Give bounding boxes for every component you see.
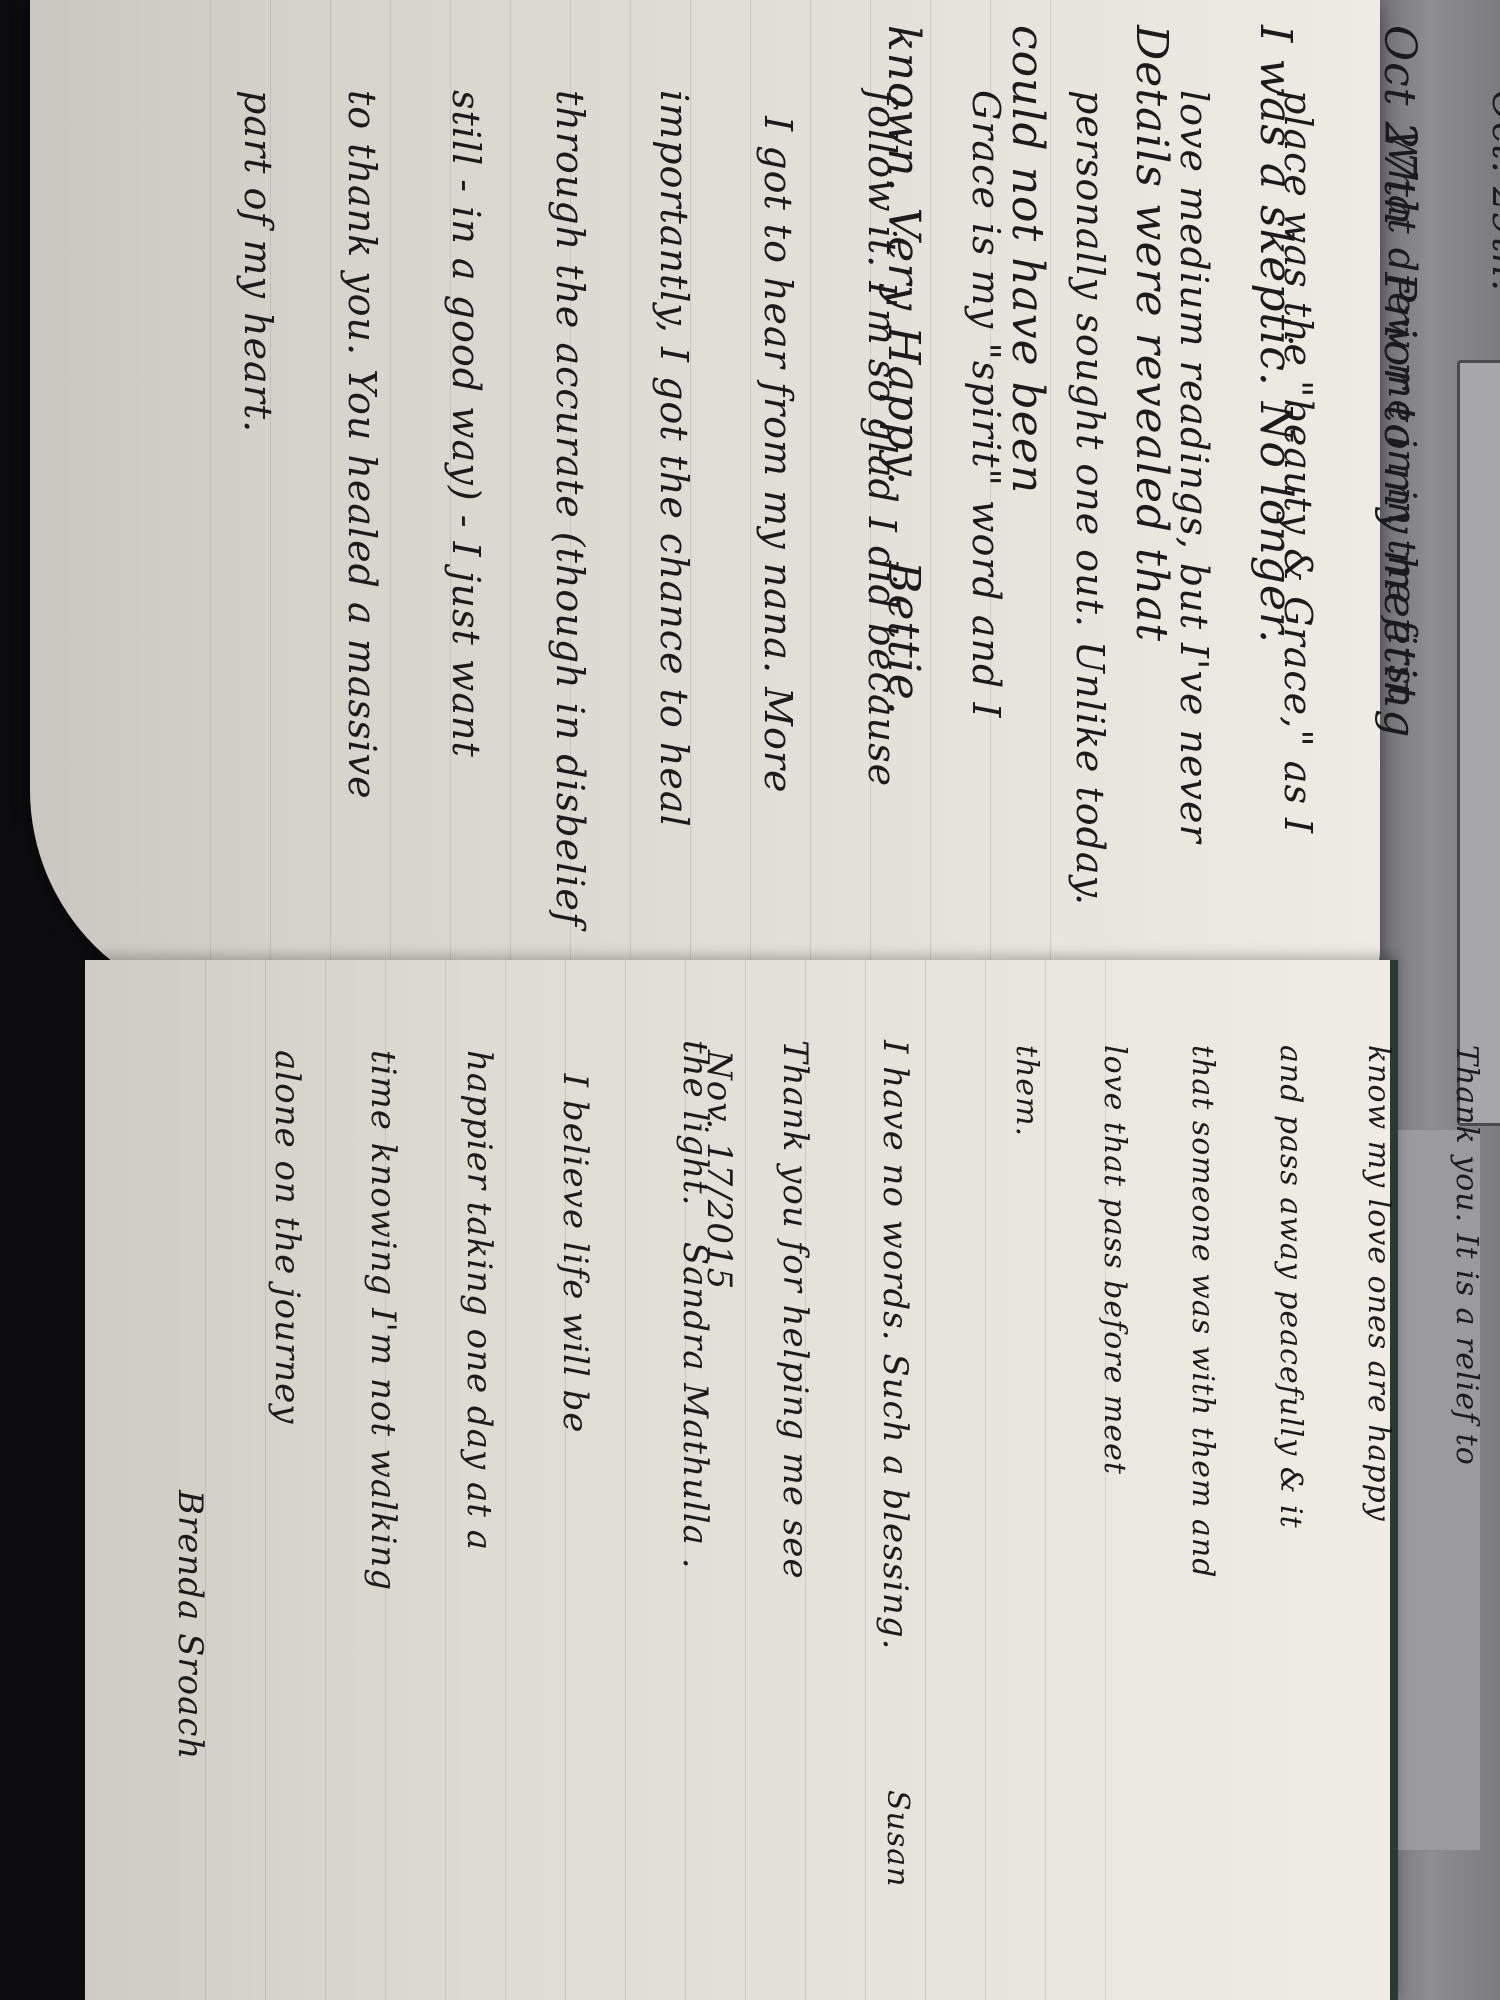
handwritten-line: Thank you. It is a relief to — [1444, 1045, 1488, 1578]
handwritten-line: place was the "beauty & Grace," as I — [1272, 90, 1324, 850]
handwritten-line: time knowing I'm not walking — [359, 1050, 407, 1591]
handwritten-line: Nov. 17/2015 — [695, 1050, 743, 1591]
ruled-line — [205, 960, 206, 2000]
handwritten-line: personally sought one out. Unlike today. — [1064, 90, 1116, 850]
handwritten-line: part of my heart. — [232, 90, 284, 850]
handwritten-line: and pass away peacefully & it — [1268, 1045, 1312, 1578]
handwritten-line: alone on the journey — [263, 1050, 311, 1591]
handwritten-line: through the accurate (though in disbelie… — [544, 90, 596, 850]
entry-nov-7: Nov 7 | 2015 Thank you. It is a relief t… — [960, 1045, 1500, 1578]
handwritten-line: follow it. I'm so glad I did because — [856, 90, 908, 850]
handwritten-line: that someone was with them and — [1180, 1045, 1224, 1578]
handwritten-line: to thank you. You healed a massive — [336, 90, 388, 850]
handwritten-line: know my love ones are happy — [1356, 1045, 1400, 1578]
handwritten-line: love that pass before meet — [1092, 1045, 1136, 1578]
handwritten-line: Grace is my "spirit" word and I — [960, 90, 1012, 850]
handwritten-line: I believe life will be — [551, 1050, 599, 1591]
handwritten-line: importantly, I got the chance to heal — [648, 90, 700, 850]
handwritten-line: I have no words. Such a blessing. — [870, 1040, 920, 1650]
handwritten-line: I got to hear from my nana. More — [752, 90, 804, 850]
entry-oct-29: Oct. 29th. What drew me in in the first … — [180, 90, 1500, 850]
handwritten-line: What drew me in in the first — [1376, 90, 1428, 850]
signature-susan: Susan — [880, 1790, 915, 1887]
handwritten-line: them. — [1004, 1045, 1048, 1578]
signature-brenda: Brenda Sroach — [170, 1490, 210, 1760]
handwritten-line: Oct. 29th. — [1480, 90, 1500, 850]
handwritten-line: love medium readings, but I've never — [1168, 90, 1220, 850]
handwritten-line: happier taking one day at a — [455, 1050, 503, 1591]
entry-nov-17: Nov. 17/2015 I believe life will be happ… — [215, 1050, 791, 1591]
handwritten-line: still - in a good way) - I just want — [440, 90, 492, 850]
